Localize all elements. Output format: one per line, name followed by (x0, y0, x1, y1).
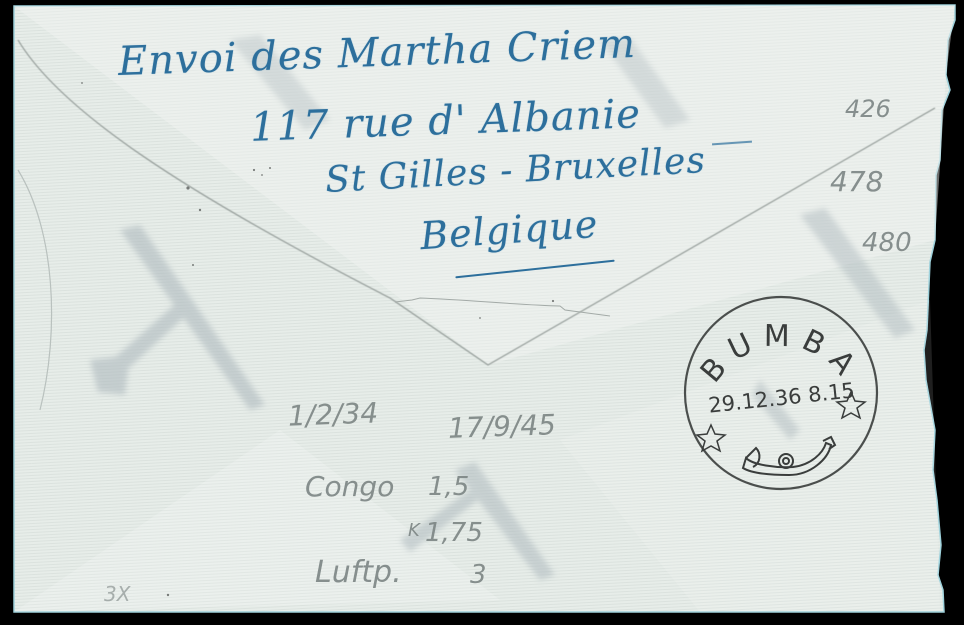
catalog-number: 480 (862, 228, 912, 258)
catalog-number: 478 (830, 165, 883, 198)
rate-value-3: 3 (470, 560, 487, 590)
rate-value-1: 1,5 (428, 472, 469, 502)
pencil-date-1: 1/2/34 (287, 396, 378, 432)
pencil-date-2: 17/9/45 (447, 408, 556, 445)
corner-mark: 3X (104, 582, 130, 606)
catalog-number: 426 (845, 95, 891, 123)
rate-value-2: 1,75 (425, 518, 483, 548)
envelope-photo: BUMBA 29.12.36 8.15 Envoi des Martha Cri… (0, 0, 964, 625)
rate-label-k: K (408, 520, 420, 541)
rate-label-congo: Congo (305, 470, 394, 503)
rate-label-luftpost: Luftp. (315, 555, 402, 590)
